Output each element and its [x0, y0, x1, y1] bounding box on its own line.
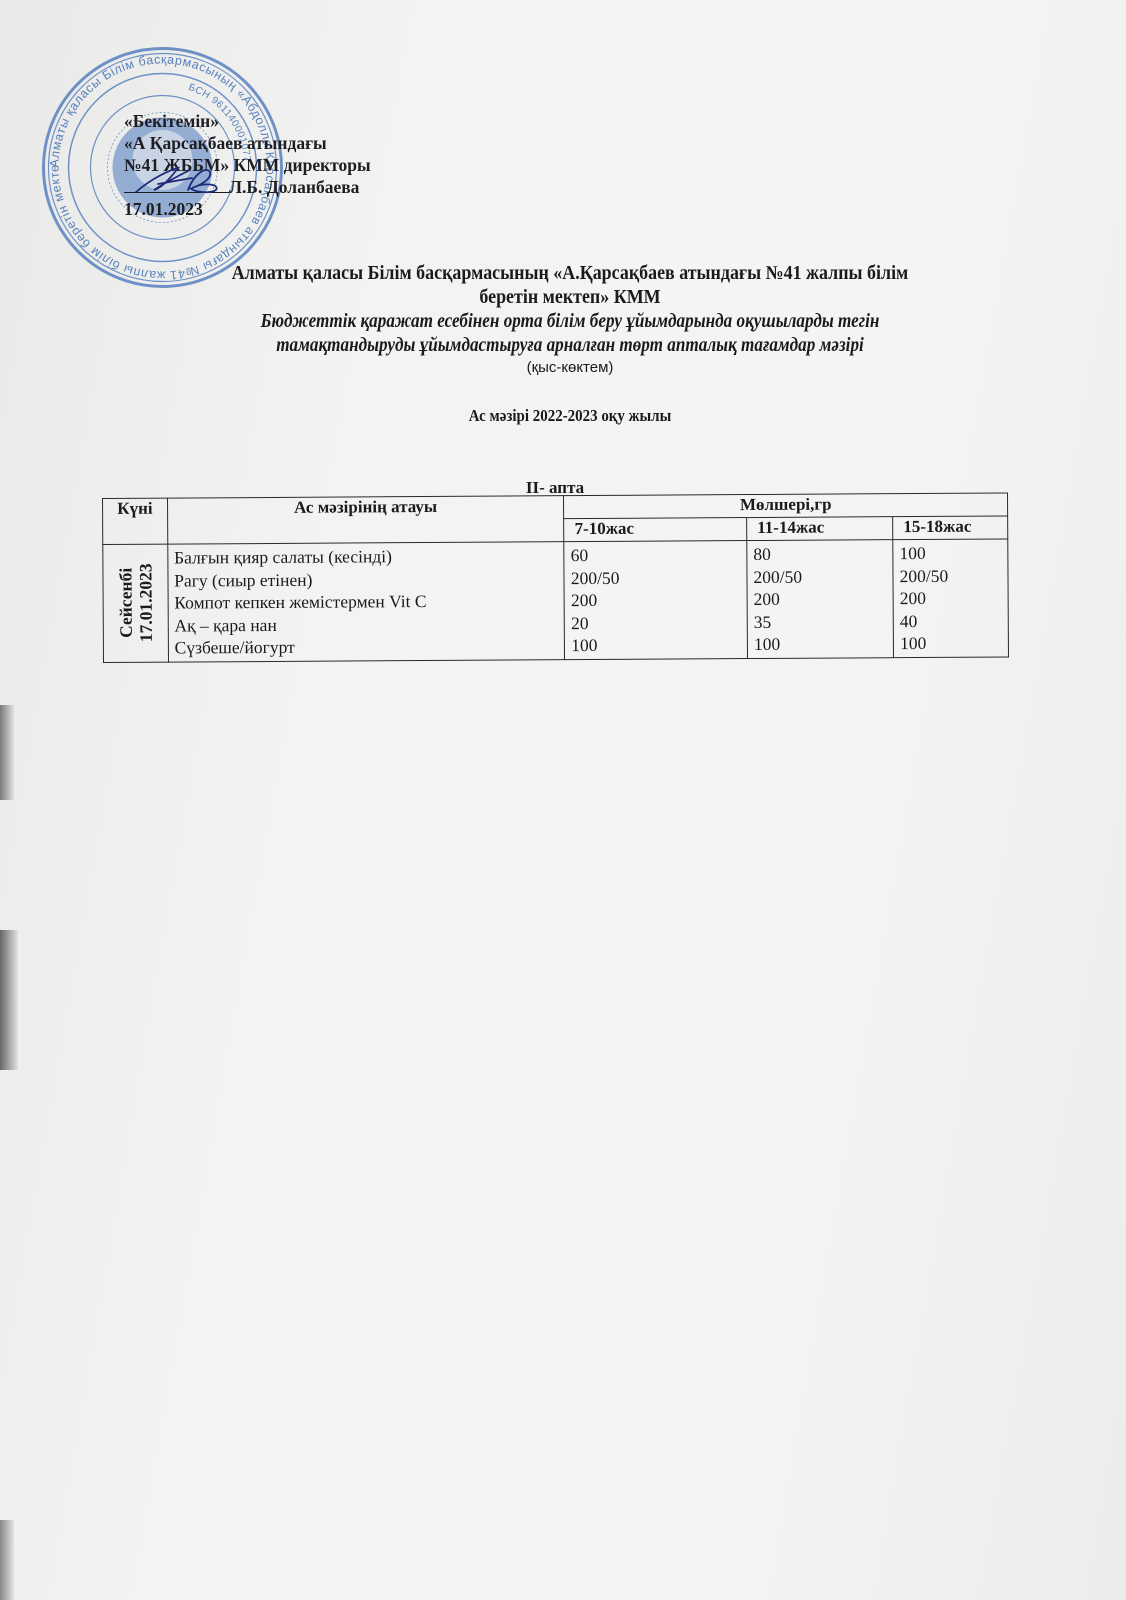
scan-edge-shadow	[0, 1520, 14, 1600]
org-title-line-1: Алматы қаласы Білім басқармасының «А.Қар…	[156, 262, 984, 286]
quantity-value: 100	[899, 542, 1001, 565]
signature-icon	[132, 164, 232, 196]
quantity-value: 40	[900, 609, 1002, 632]
menu-table: Күні Ас мәзірінің атауы Мөлшері,гр 7-10ж…	[102, 492, 1009, 662]
quantity-cell-15-18: 100 200/50 200 40 100	[893, 539, 1009, 657]
dish-item: Сүзбеше/йогурт	[175, 634, 559, 659]
approval-block: «Бекітемін» «А Қарсақбаев атындағы №41 Ж…	[124, 110, 371, 220]
year-title: Ас мәзірі 2022-2023 оқу жылы	[174, 406, 966, 426]
quantity-value: 200	[571, 588, 741, 612]
quantity-cell-11-14: 80 200/50 200 35 100	[747, 540, 894, 658]
header-day: Күні	[103, 498, 168, 544]
header-age-7-10: 7-10жас	[564, 518, 747, 542]
quantity-value: 200	[754, 587, 887, 610]
scan-edge-shadow	[0, 930, 18, 1070]
document-header: Алматы қаласы Білім басқармасының «А.Қар…	[120, 262, 1020, 426]
quantity-value: 35	[754, 610, 887, 633]
season-label: (қыс-көктем)	[120, 358, 1020, 378]
paper-background	[0, 0, 1126, 1600]
approval-line-1: «А Қарсақбаев атындағы	[124, 132, 371, 154]
day-cell: Сейсенбі 17.01.2023	[103, 544, 168, 662]
day-date: 17.01.2023	[135, 564, 155, 643]
subtitle-line-1: Бюджеттік қаражат есебінен орта білім бе…	[174, 310, 966, 334]
table-row: Сейсенбі 17.01.2023 Балғын қияр салаты (…	[103, 539, 1009, 662]
dish-item: Ақ – қара нан	[174, 612, 558, 637]
quantity-value: 100	[754, 632, 887, 655]
approval-heading: «Бекітемін»	[124, 110, 371, 132]
day-name: Сейсенбі	[115, 564, 135, 643]
dish-item: Балғын қияр салаты (кесінді)	[174, 544, 558, 569]
header-age-15-18: 15-18жас	[893, 516, 1008, 540]
scan-edge-shadow	[0, 705, 14, 800]
approval-date: 17.01.2023	[124, 198, 371, 220]
signatory-name: Л.Б. Доланбаева	[229, 177, 359, 197]
header-dish-name: Ас мәзірінің атауы	[167, 496, 564, 544]
header-quantity: Мөлшері,гр	[564, 493, 1008, 519]
signature-line	[124, 178, 229, 193]
quantity-value: 20	[571, 611, 741, 635]
dish-item: Компот кепкен жемістермен Vit C	[174, 589, 558, 614]
dish-list-cell: Балғын қияр салаты (кесінді) Рагу (сиыр …	[167, 542, 564, 662]
quantity-value: 60	[571, 543, 741, 567]
org-title-line-2: беретін мектеп» КММ	[156, 286, 984, 310]
quantity-value: 200/50	[900, 564, 1002, 587]
quantity-value: 200/50	[571, 566, 741, 590]
subtitle-line-2: тамақтандыруды ұйымдастыруға арналған тө…	[174, 334, 966, 358]
quantity-cell-7-10: 60 200/50 200 20 100	[564, 541, 747, 660]
header-age-11-14: 11-14жас	[747, 517, 893, 541]
quantity-value: 200/50	[753, 565, 886, 588]
quantity-value: 80	[753, 542, 886, 565]
dish-item: Рагу (сиыр етінен)	[174, 567, 558, 592]
quantity-value: 100	[900, 632, 1002, 655]
quantity-value: 200	[900, 587, 1002, 610]
quantity-value: 100	[571, 633, 741, 657]
